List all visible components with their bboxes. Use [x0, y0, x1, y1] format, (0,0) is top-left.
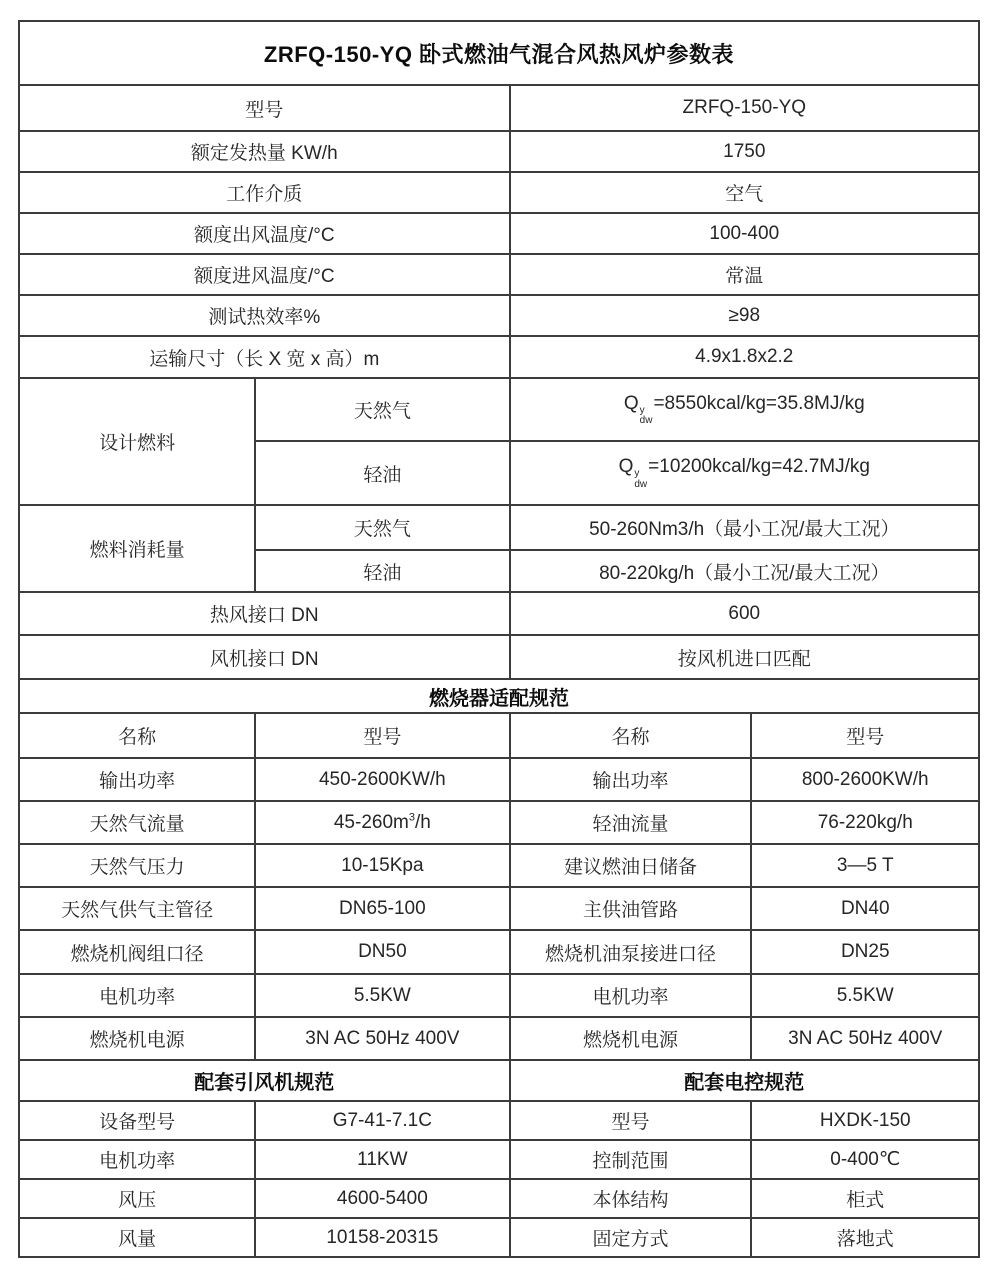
q-rest: =8550kcal/kg=35.8MJ/kg — [653, 393, 864, 414]
cell-label: 电机功率 — [19, 974, 255, 1017]
cell-label: 燃烧机电源 — [510, 1017, 752, 1060]
cell-value: DN50 — [255, 930, 509, 974]
cell-value: 800-2600KW/h — [751, 758, 979, 801]
column-header: 名称 — [19, 713, 255, 758]
cell-label: 燃烧机阀组口径 — [19, 930, 255, 974]
row-value: 常温 — [510, 254, 979, 295]
cell-label: 控制范围 — [510, 1140, 752, 1179]
cell-value: 10158-20315 — [255, 1218, 509, 1257]
row-label: 测试热效率% — [19, 295, 510, 336]
spec-sheet-page: ZRFQ-150-YQ 卧式燃油气混合风热风炉参数表 型号 ZRFQ-150-Y… — [18, 20, 980, 1258]
column-header: 型号 — [751, 713, 979, 758]
row-label: 型号 — [19, 85, 510, 131]
row-label: 额度出风温度/°C — [19, 213, 510, 254]
cell-label: 建议燃油日储备 — [510, 844, 752, 887]
cell-value: HXDK-150 — [751, 1101, 979, 1140]
value-pre: 45-260m — [334, 812, 409, 833]
cell-label: 电机功率 — [19, 1140, 255, 1179]
spec-table: ZRFQ-150-YQ 卧式燃油气混合风热风炉参数表 型号 ZRFQ-150-Y… — [18, 20, 980, 1258]
row-value: 100-400 — [510, 213, 979, 254]
cell-label: 轻油流量 — [510, 801, 752, 844]
design-fuel-value: Qydw=8550kcal/kg=35.8MJ/kg — [510, 378, 979, 441]
row-label: 工作介质 — [19, 172, 510, 213]
row-value: 4.9x1.8x2.2 — [510, 336, 979, 378]
row-value: 1750 — [510, 131, 979, 172]
row-label: 运输尺寸（长 X 宽 x 高）m — [19, 336, 510, 378]
cell-value: DN25 — [751, 930, 979, 974]
q-prefix: Q — [619, 456, 634, 477]
cell-value: 0-400℃ — [751, 1140, 979, 1179]
q-rest: =10200kcal/kg=42.7MJ/kg — [648, 456, 870, 477]
cell-label: 燃烧机油泵接进口径 — [510, 930, 752, 974]
cell-label: 主供油管路 — [510, 887, 752, 930]
cell-label: 设备型号 — [19, 1101, 255, 1140]
cell-label: 输出功率 — [19, 758, 255, 801]
cell-value: 450-2600KW/h — [255, 758, 509, 801]
row-label: 额定发热量 KW/h — [19, 131, 510, 172]
table-title: ZRFQ-150-YQ 卧式燃油气混合风热风炉参数表 — [19, 21, 979, 85]
column-header: 型号 — [255, 713, 509, 758]
fuel-consumption-value: 50-260Nm3/h（最小工况/最大工况） — [510, 505, 979, 550]
cell-value: 11KW — [255, 1140, 509, 1179]
q-prefix: Q — [624, 393, 639, 414]
cell-value: 5.5KW — [255, 974, 509, 1017]
row-value: 空气 — [510, 172, 979, 213]
q-supsub: ydw — [634, 469, 647, 490]
cell-label: 天然气供气主管径 — [19, 887, 255, 930]
row-value: 按风机进口匹配 — [510, 635, 979, 679]
cell-label: 天然气流量 — [19, 801, 255, 844]
row-label: 额度进风温度/°C — [19, 254, 510, 295]
fuel-consumption-value: 80-220kg/h（最小工况/最大工况） — [510, 550, 979, 592]
row-value: ≥98 — [510, 295, 979, 336]
design-fuel-sub-label: 天然气 — [255, 378, 509, 441]
cell-value: 3—5 T — [751, 844, 979, 887]
design-fuel-group-label: 设计燃料 — [19, 378, 255, 505]
cell-label: 型号 — [510, 1101, 752, 1140]
q-sub: dw — [640, 416, 653, 427]
cell-label: 固定方式 — [510, 1218, 752, 1257]
q-sup: y — [634, 469, 639, 480]
design-fuel-value: Qydw=10200kcal/kg=42.7MJ/kg — [510, 441, 979, 505]
cell-value: 5.5KW — [751, 974, 979, 1017]
row-value: ZRFQ-150-YQ — [510, 85, 979, 131]
cell-value: 76-220kg/h — [751, 801, 979, 844]
control-section-header: 配套电控规范 — [510, 1060, 979, 1101]
row-label: 热风接口 DN — [19, 592, 510, 635]
row-label: 风机接口 DN — [19, 635, 510, 679]
cell-label: 本体结构 — [510, 1179, 752, 1218]
value-post: /h — [415, 812, 431, 833]
cell-value: DN65-100 — [255, 887, 509, 930]
cell-value: DN40 — [751, 887, 979, 930]
cell-value: 4600-5400 — [255, 1179, 509, 1218]
fuel-consumption-sub-label: 轻油 — [255, 550, 509, 592]
fuel-consumption-sub-label: 天然气 — [255, 505, 509, 550]
q-supsub: ydw — [640, 406, 653, 427]
cell-label: 风量 — [19, 1218, 255, 1257]
cell-value: G7-41-7.1C — [255, 1101, 509, 1140]
cell-value: 柜式 — [751, 1179, 979, 1218]
cell-label: 燃烧机电源 — [19, 1017, 255, 1060]
cell-label: 输出功率 — [510, 758, 752, 801]
fuel-consumption-group-label: 燃料消耗量 — [19, 505, 255, 592]
cell-label: 电机功率 — [510, 974, 752, 1017]
cell-label: 风压 — [19, 1179, 255, 1218]
cell-value: 10-15Kpa — [255, 844, 509, 887]
column-header: 名称 — [510, 713, 752, 758]
q-sub: dw — [634, 480, 647, 491]
fan-section-header: 配套引风机规范 — [19, 1060, 510, 1101]
cell-value: 3N AC 50Hz 400V — [751, 1017, 979, 1060]
burner-section-header: 燃烧器适配规范 — [19, 679, 979, 713]
cell-value: 45-260m3/h — [255, 801, 509, 844]
cell-value: 落地式 — [751, 1218, 979, 1257]
cell-label: 天然气压力 — [19, 844, 255, 887]
row-value: 600 — [510, 592, 979, 635]
cell-value: 3N AC 50Hz 400V — [255, 1017, 509, 1060]
design-fuel-sub-label: 轻油 — [255, 441, 509, 505]
